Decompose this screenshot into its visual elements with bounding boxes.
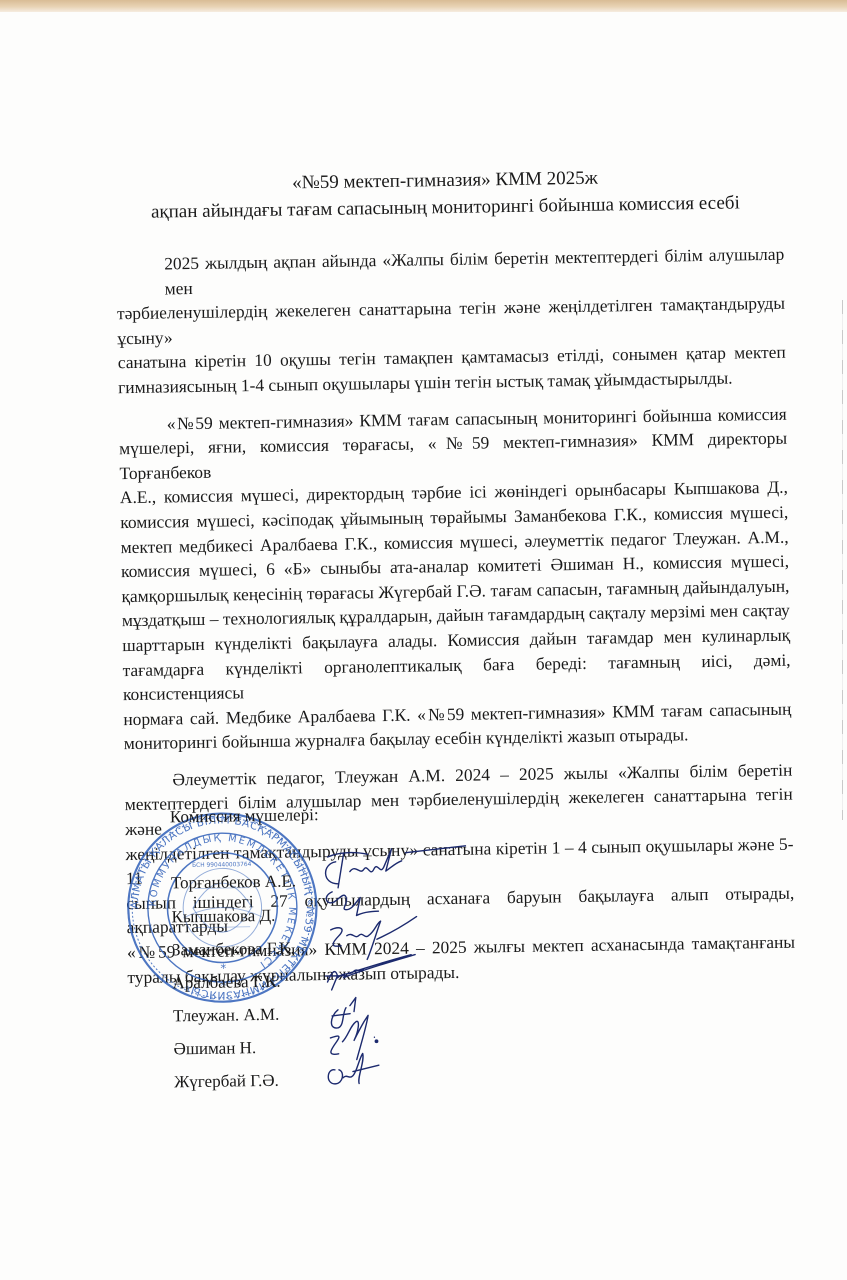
member-name: Заманбекова Г.К. [172,938,295,960]
member-name: Аралбаева Г.К. [172,972,280,994]
member-name: Әшиман Н. [173,1038,256,1059]
member-name: Тлеужан. А.М. [173,1005,280,1027]
paragraph-2: «№59 мектеп-гимназия» КММ тағам сапасыны… [119,401,792,756]
member-name: Кыпшакова Д. [171,906,275,928]
paragraph-1: 2025 жылдың ақпан айында «Жалпы білім бе… [116,242,786,400]
signature-5 [331,998,356,1029]
member-name: Торғанбеков А.Е. [171,871,296,893]
signature-7 [328,1053,379,1084]
signature-6 [330,1015,378,1060]
member-name: Жүгербай Г.Ә. [174,1071,279,1093]
document-page: «№59 мектеп-гимназия» КММ 2025ж ақпан ай… [0,0,847,1280]
members-title: Комиссия мүшелері: [170,805,319,827]
